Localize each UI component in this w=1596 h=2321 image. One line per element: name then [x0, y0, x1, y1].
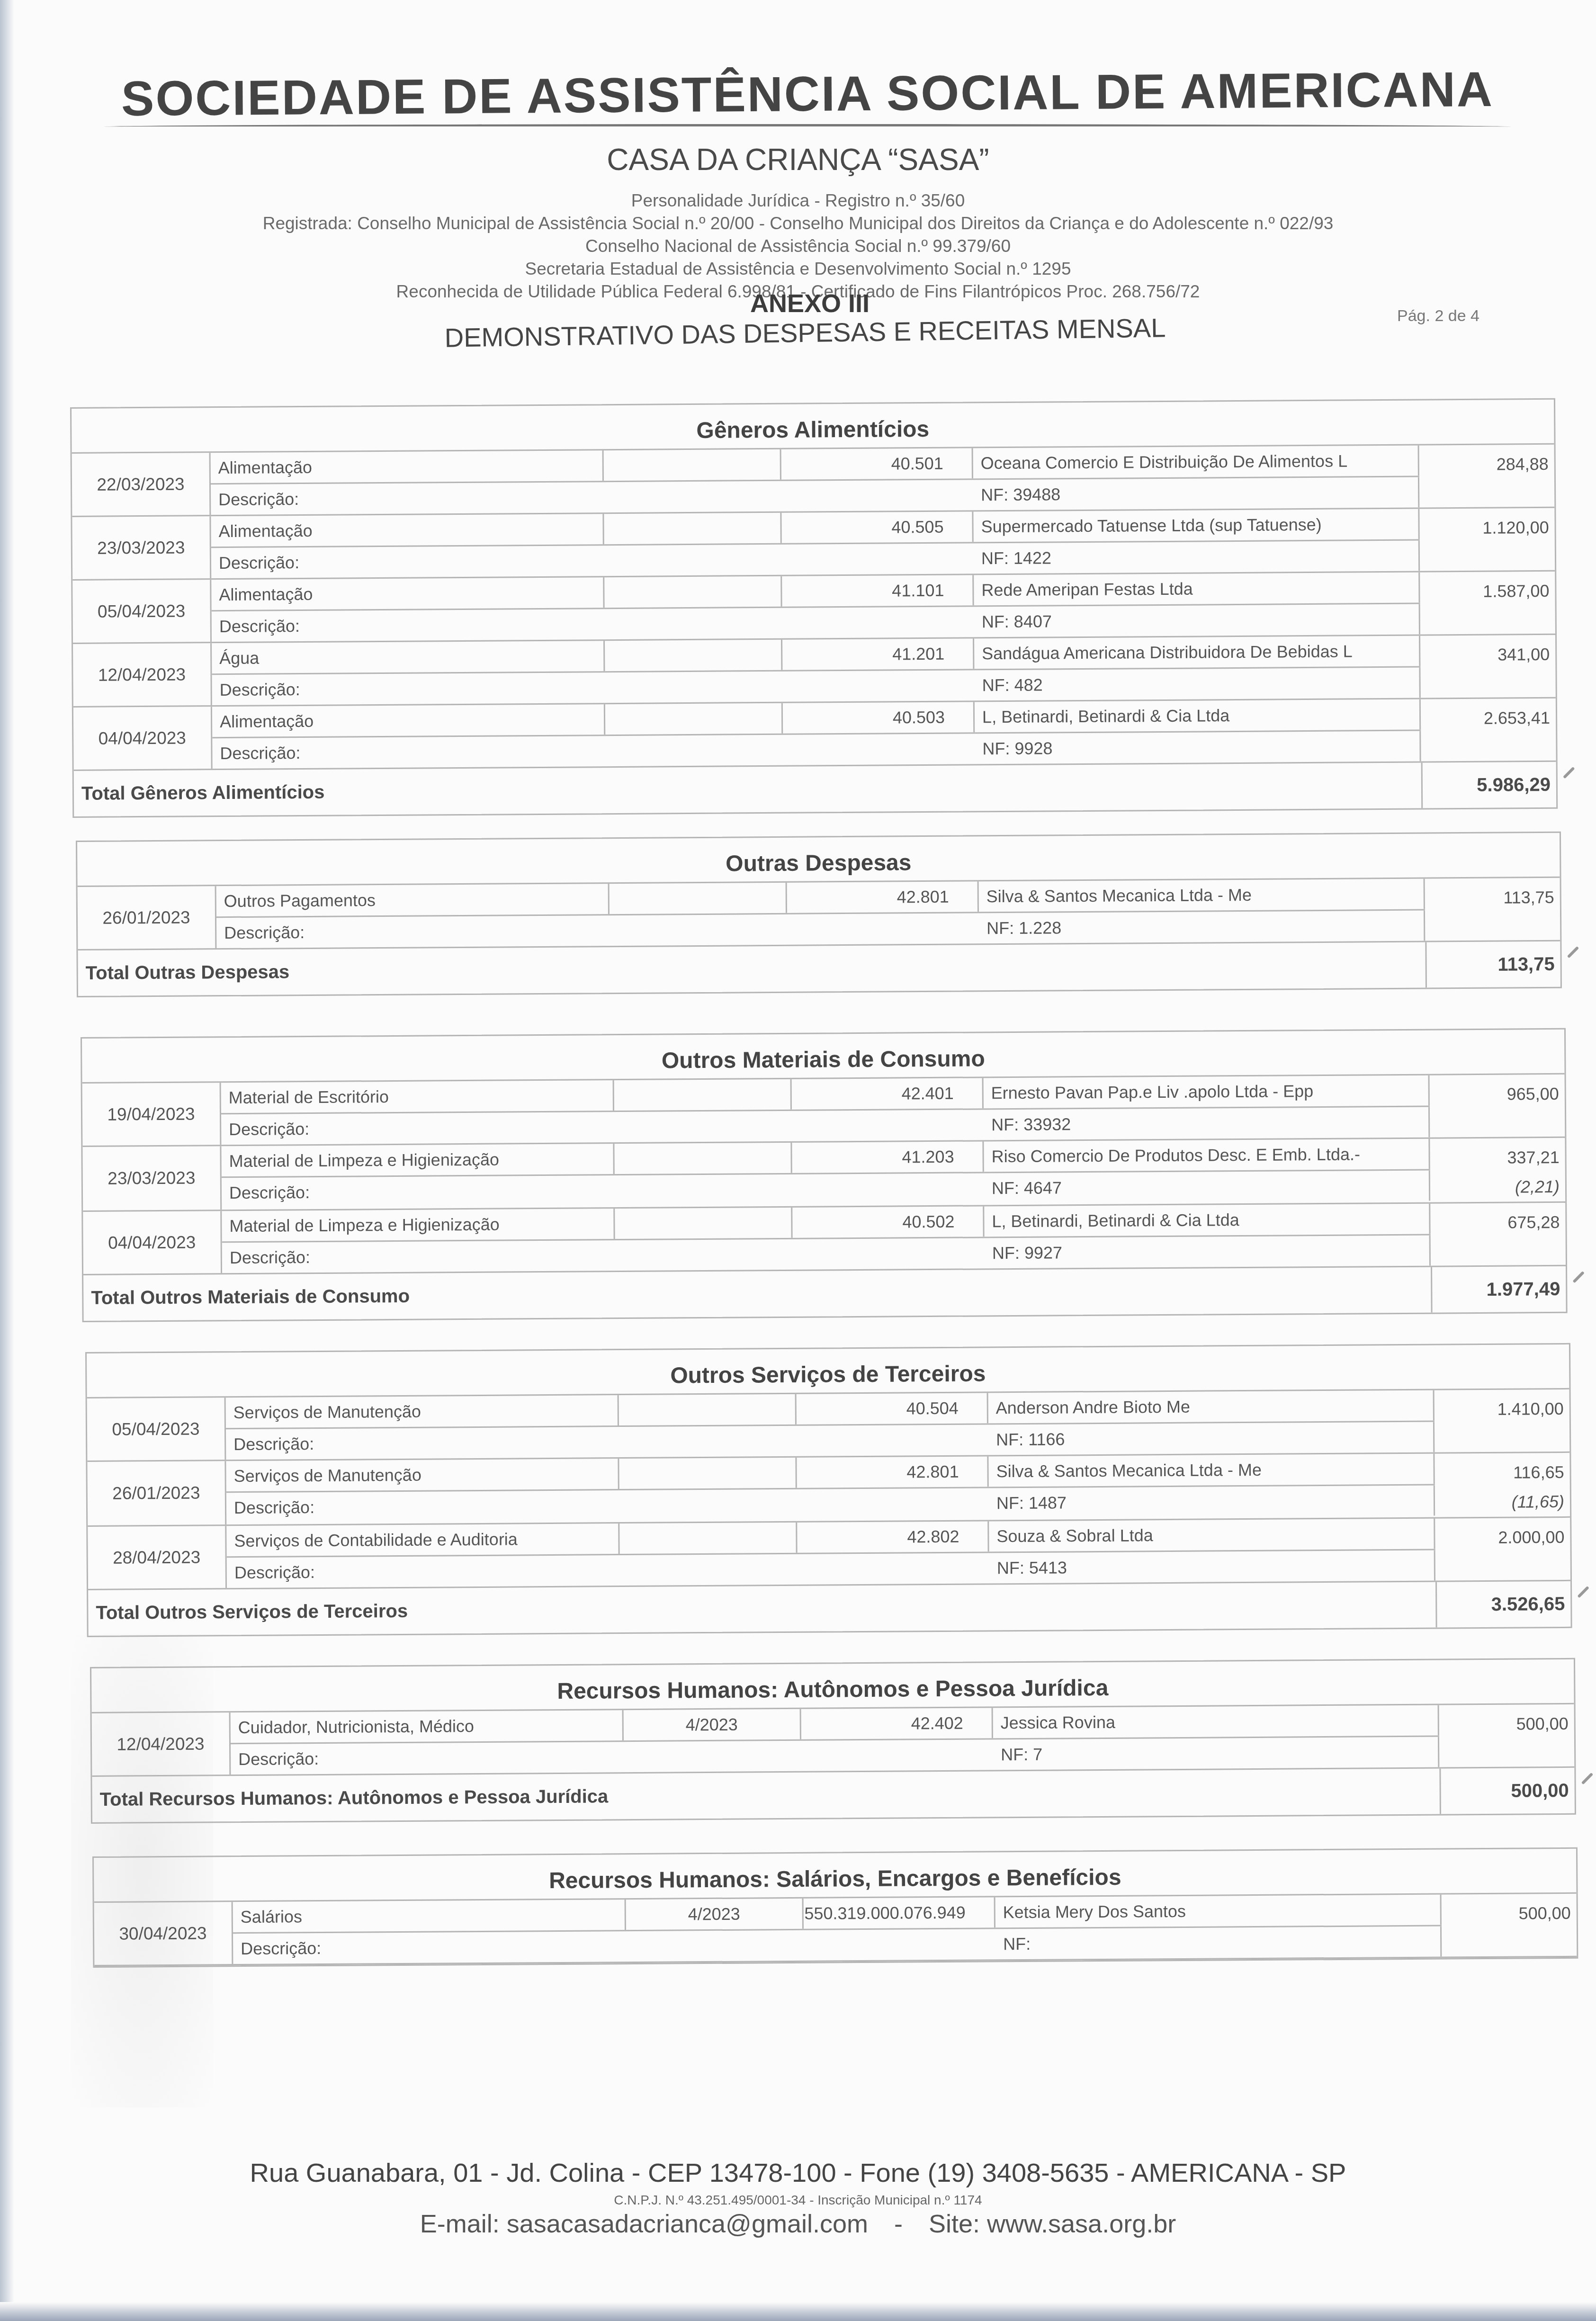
- entry-competence: [619, 1394, 797, 1425]
- check-mark-icon: [1577, 1586, 1589, 1598]
- registration-line: Secretaria Estadual de Assistência e Des…: [0, 258, 1596, 280]
- entry-supplier: Silva & Santos Mecanica Ltda - Me: [988, 1454, 1435, 1487]
- expense-entry: 26/01/2023Serviços de Manutenção42.801Si…: [87, 1453, 1570, 1527]
- entry-amount: 965,00: [1506, 1079, 1559, 1109]
- expense-entry: 30/04/2023Salários4/2023550.319.000.076.…: [94, 1894, 1577, 1966]
- entry-amount: 1.410,00: [1497, 1394, 1564, 1424]
- entry-date: 05/04/2023: [87, 1398, 226, 1461]
- section-total-row: Total Recursos Humanos: Autônomos e Pess…: [92, 1768, 1575, 1822]
- expense-entry: 05/04/2023Serviços de Manutenção40.504An…: [87, 1389, 1570, 1462]
- section-total-amount: 113,75: [1425, 941, 1560, 988]
- entry-amount: 500,00: [1518, 1899, 1570, 1928]
- entry-description-label: Descrição:: [227, 1553, 989, 1588]
- entry-document-number: 42.801: [787, 881, 979, 913]
- entry-amounts: 500,00: [1442, 1894, 1577, 1957]
- entry-amount: 1.587,00: [1483, 576, 1550, 606]
- entry-competence: [619, 1523, 797, 1554]
- entry-description-label: Descrição:: [221, 1110, 984, 1145]
- entry-amounts: 1.410,00: [1435, 1389, 1570, 1452]
- entry-supplier: Sandágua Americana Distribuidora De Bebi…: [974, 636, 1420, 669]
- entry-amount: 500,00: [1516, 1709, 1568, 1739]
- entry-description-label: Descrição:: [212, 734, 975, 769]
- entry-category: Material de Limpeza e Higienização: [222, 1209, 615, 1241]
- entry-date: 22/03/2023: [72, 453, 211, 516]
- section-total-label: Total Outros Serviços de Terceiros: [88, 1582, 1436, 1636]
- section-table: Recursos Humanos: Autônomos e Pessoa Jur…: [90, 1658, 1576, 1824]
- total-value: 5.986,29: [1477, 774, 1551, 796]
- email-address[interactable]: sasacasadacrianca@gmail.com: [507, 2210, 868, 2238]
- entry-supplier: Souza & Sobral Ltda: [989, 1519, 1435, 1552]
- expense-entry: 04/04/2023Material de Limpeza e Higieniz…: [83, 1203, 1566, 1275]
- section-total-row: Total Outros Materiais de Consumo1.977,4…: [83, 1266, 1566, 1321]
- entry-date: 12/04/2023: [92, 1712, 231, 1775]
- entry-amounts: 341,00: [1420, 635, 1556, 698]
- entry-description-label: Descrição:: [226, 1488, 989, 1523]
- email-label: E-mail:: [420, 2210, 500, 2238]
- entry-competence: [619, 1458, 797, 1489]
- section-total-row: Total Gêneros Alimentícios5.986,29: [74, 762, 1557, 816]
- footer-address: Rua Guanabara, 01 - Jd. Colina - CEP 134…: [0, 2157, 1596, 2188]
- entry-document-number: 41.201: [782, 638, 974, 670]
- entry-invoice-number: NF:: [995, 1927, 1442, 1960]
- expense-entry: 05/04/2023Alimentação41.101Rede Ameripan…: [72, 572, 1555, 644]
- entry-body: Serviços de Manutenção42.801Silva & Sant…: [226, 1453, 1570, 1524]
- footer-separator: -: [894, 2210, 903, 2238]
- entry-document-number: 40.501: [781, 448, 973, 479]
- section-total-label: Total Gêneros Alimentícios: [74, 763, 1422, 816]
- organization-subtitle: CASA DA CRIANÇA “SASA”: [0, 142, 1596, 177]
- entry-description-label: Descrição:: [211, 480, 973, 515]
- entry-body: Material de Escritório42.401Ernesto Pava…: [221, 1075, 1565, 1145]
- scan-edge-bottom: [0, 2302, 1596, 2321]
- annex-label: ANEXO III: [710, 289, 909, 318]
- entry-competence: [614, 1143, 792, 1174]
- footer-contact: E-mail: sasacasadacrianca@gmail.com - Si…: [0, 2209, 1596, 2239]
- registration-lines: Personalidade Jurídica - Registro n.º 35…: [0, 189, 1596, 303]
- section-total-amount: 3.526,65: [1435, 1581, 1571, 1628]
- entry-invoice-number: NF: 33932: [984, 1107, 1430, 1140]
- organization-name: SOCIEDADE DE ASSISTÊNCIA SOCIAL DE AMERI…: [99, 62, 1516, 128]
- entry-amount: 2.653,41: [1484, 703, 1551, 733]
- section-total-label: Total Outras Despesas: [78, 942, 1426, 996]
- entry-invoice-number: NF: 8407: [974, 604, 1420, 637]
- entry-amount: 2.000,00: [1498, 1523, 1565, 1552]
- entry-invoice-number: NF: 5413: [989, 1550, 1435, 1584]
- entry-competence: [605, 703, 783, 735]
- section-table: Outros Materiais de Consumo19/04/2023Mat…: [81, 1028, 1568, 1322]
- section-table: Recursos Humanos: Salários, Encargos e B…: [92, 1847, 1578, 1968]
- entry-description-label: Descrição:: [222, 1173, 984, 1208]
- scanned-page: SOCIEDADE DE ASSISTÊNCIA SOCIAL DE AMERI…: [0, 0, 1596, 2321]
- site-label: Site:: [929, 2210, 980, 2238]
- expense-entry: 12/04/2023Água41.201Sandágua Americana D…: [73, 635, 1556, 708]
- entry-invoice-number: NF: 9928: [975, 731, 1421, 764]
- entry-description-label: Descrição:: [216, 913, 979, 948]
- entry-date: 12/04/2023: [73, 643, 212, 706]
- entry-document-number: 42.401: [792, 1078, 984, 1109]
- entry-amount: 284,88: [1496, 449, 1548, 479]
- entry-category: Outros Pagamentos: [216, 884, 610, 916]
- section-total-amount: 500,00: [1439, 1768, 1575, 1814]
- entry-invoice-number: NF: 9927: [985, 1236, 1431, 1269]
- entry-body: Salários4/2023550.319.000.076.949Ketsia …: [233, 1894, 1577, 1964]
- check-mark-icon: [1563, 767, 1575, 779]
- check-mark-icon: [1567, 946, 1579, 959]
- entry-description-label: Descrição:: [226, 1425, 988, 1460]
- entry-document-number: 40.503: [783, 702, 975, 733]
- entry-date: 19/04/2023: [82, 1083, 222, 1146]
- entry-amount: 116,65: [1513, 1458, 1564, 1488]
- page-number: Pág. 2 de 4: [1397, 307, 1479, 325]
- entry-category: Água: [212, 641, 605, 673]
- entry-description-label: Descrição:: [222, 1238, 985, 1273]
- entry-invoice-number: NF: 1.228: [979, 911, 1425, 944]
- scan-edge-left: [0, 0, 14, 2321]
- section-table: Outras Despesas26/01/2023Outros Pagament…: [76, 832, 1562, 997]
- entry-supplier: Jessica Rovina: [993, 1705, 1439, 1739]
- entry-amount: 113,75: [1503, 883, 1554, 913]
- entry-document-number: 550.319.000.076.949: [804, 1897, 995, 1928]
- entry-invoice-number: NF: 1166: [988, 1422, 1435, 1455]
- entry-category: Serviços de Manutenção: [226, 1459, 619, 1491]
- expense-entry: 04/04/2023Alimentação40.503L, Betinardi,…: [73, 699, 1556, 771]
- entry-supplier: Silva & Santos Mecanica Ltda - Me: [979, 879, 1425, 912]
- entry-amounts: 965,00: [1430, 1075, 1565, 1138]
- section-total-row: Total Outros Serviços de Terceiros3.526,…: [88, 1581, 1571, 1636]
- entry-amounts: 113,75: [1425, 878, 1560, 941]
- section-table: Outros Serviços de Terceiros05/04/2023Se…: [85, 1343, 1572, 1637]
- entry-deduction: (2,21): [1515, 1172, 1560, 1202]
- entry-amounts: 116,65(11,65): [1435, 1453, 1570, 1517]
- expense-entry: 28/04/2023Serviços de Contabilidade e Au…: [88, 1518, 1570, 1590]
- check-mark-icon: [1572, 1271, 1584, 1283]
- section-table: Gêneros Alimentícios22/03/2023Alimentaçã…: [70, 398, 1558, 818]
- entry-category: Salários: [233, 1900, 626, 1932]
- entry-body: Serviços de Contabilidade e Auditoria42.…: [226, 1518, 1570, 1588]
- entry-date: 23/03/2023: [82, 1146, 222, 1210]
- entry-competence: [614, 1079, 792, 1111]
- entry-amounts: 337,21(2,21): [1430, 1138, 1565, 1202]
- expense-entry: 23/03/2023Alimentação40.505Supermercado …: [72, 508, 1555, 581]
- entry-amount: 1.120,00: [1482, 513, 1549, 543]
- expense-entry: 19/04/2023Material de Escritório42.401Er…: [82, 1075, 1565, 1147]
- entry-body: Água41.201Sandágua Americana Distribuido…: [212, 635, 1556, 705]
- entry-body: Material de Limpeza e Higienização40.502…: [222, 1203, 1566, 1273]
- check-mark-icon: [1581, 1773, 1593, 1785]
- entry-competence: [604, 513, 781, 544]
- entry-document-number: 40.502: [792, 1206, 984, 1237]
- entry-amounts: 2.000,00: [1435, 1518, 1570, 1581]
- entry-supplier: Rede Ameripan Festas Ltda: [974, 573, 1420, 606]
- expense-entry: 23/03/2023Material de Limpeza e Higieniz…: [82, 1138, 1565, 1212]
- entry-amounts: 2.653,41: [1421, 699, 1556, 762]
- entry-category: Cuidador, Nutricionista, Médico: [231, 1710, 624, 1743]
- entry-body: Outros Pagamentos42.801Silva & Santos Me…: [216, 878, 1560, 948]
- total-value: 1.977,49: [1486, 1278, 1560, 1300]
- total-value: 113,75: [1497, 953, 1554, 975]
- entry-invoice-number: NF: 1422: [974, 541, 1420, 574]
- entry-date: 04/04/2023: [83, 1211, 222, 1274]
- entry-supplier: L, Betinardi, Betinardi & Cia Ltda: [975, 699, 1421, 733]
- title-underline: [104, 124, 1511, 129]
- expense-entry: 12/04/2023Cuidador, Nutricionista, Médic…: [92, 1704, 1575, 1777]
- entry-category: Material de Escritório: [221, 1080, 614, 1113]
- entry-amounts: 500,00: [1439, 1704, 1575, 1767]
- section-total-amount: 1.977,49: [1431, 1266, 1566, 1313]
- expense-entry: 22/03/2023Alimentação40.501Oceana Comerc…: [72, 445, 1555, 517]
- entry-document-number: 41.101: [782, 575, 974, 606]
- entry-competence: [615, 1208, 792, 1239]
- expense-entry: 26/01/2023Outros Pagamentos42.801Silva &…: [78, 878, 1560, 950]
- entry-body: Cuidador, Nutricionista, Médico4/202342.…: [231, 1704, 1575, 1774]
- entry-supplier: Supermercado Tatuense Ltda (sup Tatuense…: [973, 509, 1419, 542]
- entry-supplier: Ketsia Mery Dos Santos: [995, 1895, 1442, 1928]
- entry-category: Alimentação: [211, 450, 604, 483]
- entry-amounts: 1.120,00: [1419, 508, 1555, 571]
- entry-supplier: Ernesto Pavan Pap.e Liv .apolo Ltda - Ep…: [984, 1075, 1430, 1109]
- entry-date: 05/04/2023: [72, 580, 212, 643]
- entry-category: Alimentação: [211, 577, 604, 610]
- entry-amounts: 675,28: [1430, 1203, 1566, 1266]
- entry-body: Serviços de Manutenção40.504Anderson And…: [226, 1389, 1570, 1460]
- entry-description-label: Descrição:: [212, 607, 974, 642]
- entry-date: 04/04/2023: [73, 707, 213, 770]
- entry-competence: [610, 883, 787, 914]
- entry-description-label: Descrição:: [233, 1929, 995, 1964]
- entry-category: Alimentação: [212, 704, 605, 737]
- entry-competence: [604, 449, 781, 481]
- entry-amounts: 284,88: [1419, 445, 1555, 508]
- entry-date: 26/01/2023: [87, 1461, 226, 1525]
- section-total-amount: 5.986,29: [1421, 762, 1557, 808]
- entry-competence: [605, 640, 782, 671]
- entry-deduction: (11,65): [1511, 1487, 1564, 1517]
- site-url[interactable]: www.sasa.org.br: [987, 2210, 1176, 2238]
- registration-line: Personalidade Jurídica - Registro n.º 35…: [0, 189, 1596, 212]
- entry-supplier: Oceana Comercio E Distribuição De Alimen…: [973, 446, 1419, 479]
- entry-competence: 4/2023: [626, 1899, 804, 1930]
- entry-description-label: Descrição:: [231, 1739, 993, 1774]
- entry-category: Serviços de Contabilidade e Auditoria: [226, 1523, 619, 1556]
- entry-date: 28/04/2023: [88, 1526, 227, 1589]
- entry-amount: 337,21: [1507, 1143, 1559, 1173]
- entry-competence: 4/2023: [624, 1709, 801, 1740]
- entry-amount: 341,00: [1497, 640, 1550, 670]
- entry-invoice-number: NF: 39488: [973, 477, 1419, 511]
- entry-description-label: Descrição:: [211, 543, 974, 578]
- entry-supplier: Anderson Andre Bioto Me: [988, 1390, 1435, 1424]
- entry-invoice-number: NF: 482: [974, 668, 1420, 701]
- registration-line: Registrada: Conselho Municipal de Assist…: [0, 212, 1596, 235]
- entry-amounts: 1.587,00: [1420, 572, 1555, 635]
- registration-line: Conselho Nacional de Assistência Social …: [0, 235, 1596, 258]
- entry-document-number: 42.402: [801, 1708, 993, 1739]
- entry-invoice-number: NF: 7: [993, 1737, 1439, 1770]
- document-title: DEMONSTRATIVO DAS DESPESAS E RECEITAS ME…: [426, 312, 1184, 353]
- section-total-label: Total Recursos Humanos: Autônomos e Pess…: [92, 1769, 1440, 1822]
- footer-cnpj: C.N.P.J. N.º 43.251.495/0001-34 - Inscri…: [0, 2193, 1596, 2208]
- entry-category: Material de Limpeza e Higienização: [221, 1144, 614, 1176]
- entry-document-number: 40.505: [781, 511, 973, 543]
- entry-invoice-number: NF: 1487: [989, 1486, 1435, 1519]
- entry-category: Alimentação: [211, 514, 604, 547]
- entry-body: Material de Limpeza e Higienização41.203…: [221, 1138, 1565, 1210]
- entry-date: 26/01/2023: [78, 886, 217, 949]
- entry-body: Alimentação41.101Rede Ameripan Festas Lt…: [211, 572, 1555, 642]
- entry-body: Alimentação40.505Supermercado Tatuense L…: [211, 508, 1555, 578]
- section-total-label: Total Outros Materiais de Consumo: [83, 1267, 1431, 1321]
- entry-document-number: 40.504: [797, 1393, 988, 1424]
- entry-date: 30/04/2023: [94, 1902, 233, 1965]
- section-total-row: Total Outras Despesas113,75: [78, 941, 1560, 996]
- entry-body: Alimentação40.503L, Betinardi, Betinardi…: [212, 699, 1556, 769]
- total-value: 500,00: [1511, 1780, 1569, 1801]
- entry-competence: [604, 576, 782, 608]
- entry-document-number: 42.802: [797, 1521, 989, 1552]
- entry-document-number: 42.801: [797, 1456, 988, 1488]
- entry-invoice-number: NF: 4647: [984, 1171, 1430, 1204]
- entry-body: Alimentação40.501Oceana Comercio E Distr…: [211, 445, 1555, 515]
- entry-supplier: L, Betinardi, Betinardi & Cia Ltda: [984, 1204, 1430, 1237]
- entry-amount: 675,28: [1507, 1208, 1560, 1237]
- entry-date: 23/03/2023: [72, 516, 211, 579]
- entry-supplier: Riso Comercio De Produtos Desc. E Emb. L…: [984, 1139, 1430, 1172]
- entry-document-number: 41.203: [792, 1141, 984, 1173]
- entry-description-label: Descrição:: [212, 670, 974, 705]
- total-value: 3.526,65: [1491, 1593, 1565, 1615]
- entry-category: Serviços de Manutenção: [226, 1395, 619, 1428]
